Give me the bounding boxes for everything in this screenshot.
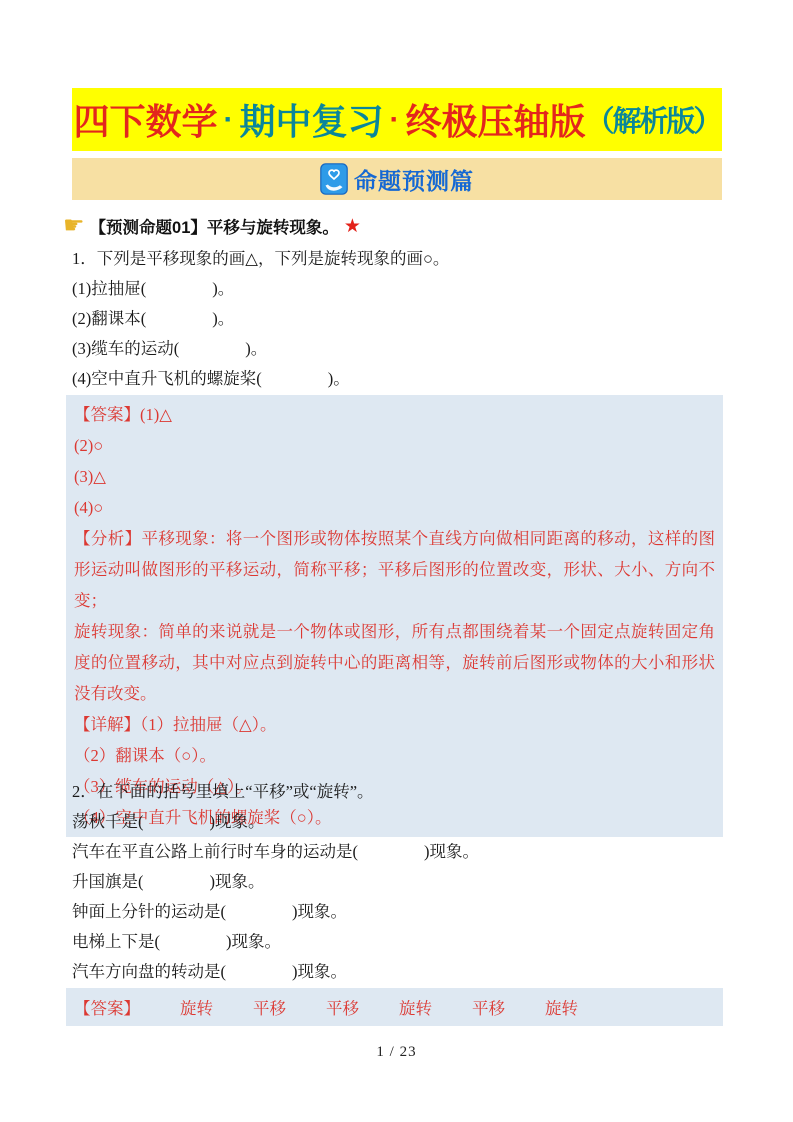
answer-line: (2)○ [74,430,715,461]
question-2-item-4: 钟面上分针的运动是( )现象。 [72,897,723,927]
answer-word: 平移 [472,995,505,1019]
title-part-subject: 四下数学 [73,94,217,145]
question-2-answer-row: 【答案】 旋转 平移 平移 旋转 平移 旋转 [66,988,723,1026]
topic-title: 【预测命题01】平移与旋转现象。 [90,214,339,238]
page-number: 1 / 23 [0,1044,793,1061]
question-2: 2．在下面的括号里填上“平移”或“旋转”。 荡秋千是( )现象。 汽车在平直公路… [72,777,723,987]
worksheet-page: 四下数学 · 期中复习 · 终极压轴版 （解析版） 命题预测篇 ☛ 【预测命题0… [0,0,793,1122]
star-icon: ★ [344,217,361,236]
answer-word: 旋转 [399,995,432,1019]
title-separator-dot: · [390,103,400,137]
answer-word: 平移 [253,995,286,1019]
detail-line: 【详解】（1）拉抽屉（△）。 [74,709,715,740]
title-part-analysis-tag: （解析版） [586,99,721,140]
detail-line: （2）翻课本（○）。 [74,740,715,771]
question-1: 1．下列是平移现象的画△，下列是旋转现象的画○。 (1)拉抽屉( )。 (2)翻… [72,244,723,394]
question-1-item-1: (1)拉抽屉( )。 [72,274,723,304]
answer-label: 【答案】 [74,995,140,1019]
title-part-edition: 终极压轴版 [406,94,586,145]
banner-title: 命题预测篇 [354,163,474,196]
analysis-paragraph: 【分析】平移现象：将一个图形或物体按照某个直线方向做相同距离的移动，这样的图形运… [74,523,715,616]
question-1-item-3: (3)缆车的运动( )。 [72,334,723,364]
answer-word: 旋转 [545,995,578,1019]
pointing-finger-icon: ☛ [63,214,85,238]
answer-word: 旋转 [180,995,213,1019]
heart-hand-icon [320,163,348,195]
document-title: 四下数学 · 期中复习 · 终极压轴版 （解析版） [72,88,722,151]
question-2-item-3: 升国旗是( )现象。 [72,867,723,897]
question-2-item-2: 汽车在平直公路上前行时车身的运动是( )现象。 [72,837,723,867]
question-2-stem: 2．在下面的括号里填上“平移”或“旋转”。 [72,777,723,807]
question-1-answer-box: 【答案】(1)△ (2)○ (3)△ (4)○ 【分析】平移现象：将一个图形或物… [66,395,723,837]
title-separator-dot: · [223,103,233,137]
title-part-review: 期中复习 [239,94,383,145]
prediction-section-banner: 命题预测篇 [72,158,722,200]
question-1-item-2: (2)翻课本( )。 [72,304,723,334]
answer-line: 【答案】(1)△ [74,399,715,430]
question-1-item-4: (4)空中直升飞机的螺旋桨( )。 [72,364,723,394]
answer-line: (4)○ [74,492,715,523]
answer-line: (3)△ [74,461,715,492]
question-1-stem: 1．下列是平移现象的画△，下列是旋转现象的画○。 [72,244,723,274]
question-2-item-1: 荡秋千是( )现象。 [72,807,723,837]
topic-header: ☛ 【预测命题01】平移与旋转现象。 ★ [63,211,361,241]
answer-word: 平移 [326,995,359,1019]
analysis-paragraph: 旋转现象：简单的来说就是一个物体或图形，所有点都围绕着某一个固定点旋转固定角度的… [74,616,715,709]
question-2-item-5: 电梯上下是( )现象。 [72,927,723,957]
question-2-item-6: 汽车方向盘的转动是( )现象。 [72,957,723,987]
